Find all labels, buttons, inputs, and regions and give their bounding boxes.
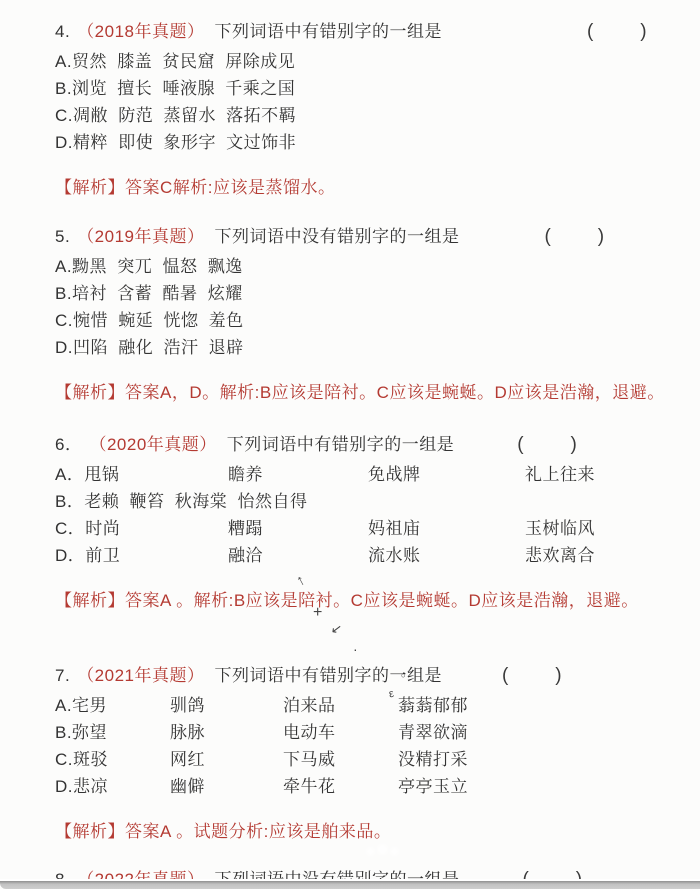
- option-c: C.凋敝 防范 蒸留水 落拓不羁: [55, 102, 670, 129]
- analysis-text: 【解析】答案A 。试题分析:应该是舶来品。: [55, 818, 670, 845]
- question-number: 5.: [55, 223, 70, 251]
- document-content: 4. （2018年真题） 下列词语中有错别字的一组是 () A.贸然 膝盖 贫民…: [0, 0, 700, 889]
- question-stem: 下列词语中有错别字的一组是: [227, 431, 455, 459]
- option-cell: 脉脉: [170, 719, 283, 746]
- page-bottom-edge: [0, 881, 700, 889]
- answer-parens: (): [587, 18, 647, 46]
- option-cell: 下马威: [283, 746, 398, 773]
- option-cell: 青翠欲滴: [398, 719, 670, 746]
- question-5-title: 5. （2019年真题） 下列词语中没有错别字的一组是 (): [55, 223, 670, 251]
- question-stem: 下列词语中没有错别字的一组是: [215, 223, 460, 251]
- option-a: A.宅男 驯鸽 泊来品 蓊蓊郁郁: [55, 692, 670, 719]
- question-6: 6． （2020年真题） 下列词语中有错别字的一组是 () A．甩锅 瞻养 免战…: [55, 431, 670, 614]
- year-tag: （2018年真题）: [77, 18, 204, 46]
- question-6-options: A．甩锅 瞻养 免战牌 礼上往来 B．老赖 鞭笞 秋海棠 怡然自得 C．时尚 糟…: [55, 461, 670, 569]
- question-7-options: A.宅男 驯鸽 泊来品 蓊蓊郁郁 B.弥望 脉脉 电动车 青翠欲滴 C.斑驳 网…: [55, 692, 670, 800]
- question-5-options: A.黝黑 突兀 愠怒 飘逸 B.培衬 含蓄 酷暑 炫耀 C.惋惜 蜿延 恍惚 羞…: [55, 253, 670, 361]
- answer-parens: (): [502, 662, 562, 690]
- question-number: 7.: [55, 662, 70, 690]
- question-number: 4.: [55, 18, 70, 46]
- analysis-text: 【解析】答案A，D。解析:B应该是陪衬。C应该是蜿蜒。D应该是浩瀚，退避。: [55, 379, 670, 406]
- option-cell: 亭亭玉立: [398, 773, 670, 800]
- option-cell: A.宅男: [55, 692, 170, 719]
- answer-parens: (): [517, 431, 577, 459]
- option-a: A．甩锅 瞻养 免战牌 礼上往来: [55, 461, 670, 488]
- option-c: C.斑驳 网红 下马威 没精打采: [55, 746, 670, 773]
- question-4: 4. （2018年真题） 下列词语中有错别字的一组是 () A.贸然 膝盖 贫民…: [55, 18, 670, 201]
- option-cell: D．前卫: [55, 542, 228, 569]
- question-7: 7. （2021年真题） 下列词语中有错别字的一组是 () A.宅男 驯鸽 泊来…: [55, 662, 670, 845]
- paren-close: ): [640, 18, 647, 46]
- paren-open: (: [545, 223, 552, 251]
- option-cell: 没精打采: [398, 746, 670, 773]
- option-a: A.黝黑 突兀 愠怒 飘逸: [55, 253, 670, 280]
- paren-open: (: [502, 662, 509, 690]
- question-stem: 下列词语中有错别字的一组是: [215, 662, 443, 690]
- option-cell: 流水账: [368, 542, 525, 569]
- option-cell: D.悲凉: [55, 773, 170, 800]
- question-number: 6．: [55, 431, 82, 459]
- question-stem: 下列词语中有错别字的一组是: [215, 18, 443, 46]
- option-c: C．时尚 糟蹋 妈祖庙 玉树临风: [55, 515, 670, 542]
- option-cell: 玉树临风: [525, 515, 670, 542]
- option-d: D．前卫 融洽 流水账 悲欢离合: [55, 542, 670, 569]
- option-cell: 泊来品: [283, 692, 398, 719]
- question-4-title: 4. （2018年真题） 下列词语中有错别字的一组是 (): [55, 18, 670, 46]
- option-cell: 瞻养: [228, 461, 368, 488]
- year-tag: （2020年真题）: [89, 431, 216, 459]
- paren-close: ): [555, 662, 562, 690]
- analysis-text: 【解析】答案C解析:应该是蒸馏水。: [55, 174, 670, 201]
- option-cell: 妈祖庙: [368, 515, 525, 542]
- year-tag: （2021年真题）: [77, 662, 204, 690]
- option-b: B.培衬 含蓄 酷暑 炫耀: [55, 280, 670, 307]
- option-d: D.悲凉 幽僻 牵牛花 亭亭玉立: [55, 773, 670, 800]
- question-6-title: 6． （2020年真题） 下列词语中有错别字的一组是 (): [55, 431, 670, 459]
- option-cell: 礼上往来: [525, 461, 670, 488]
- option-cell: C.斑驳: [55, 746, 170, 773]
- option-b: B.浏览 擅长 唾液腺 千乘之国: [55, 75, 670, 102]
- option-cell: 牵牛花: [283, 773, 398, 800]
- option-cell: C．时尚: [55, 515, 228, 542]
- year-tag: （2019年真题）: [77, 223, 204, 251]
- option-b: B.弥望 脉脉 电动车 青翠欲滴: [55, 719, 670, 746]
- exam-document-page: 4. （2018年真题） 下列词语中有错别字的一组是 () A.贸然 膝盖 贫民…: [0, 0, 700, 889]
- paren-open: (: [587, 18, 594, 46]
- question-4-options: A.贸然 膝盖 贫民窟 屏除成见 B.浏览 擅长 唾液腺 千乘之国 C.凋敝 防…: [55, 48, 670, 156]
- option-cell: 网红: [170, 746, 283, 773]
- option-a: A.贸然 膝盖 贫民窟 屏除成见: [55, 48, 670, 75]
- option-cell: 蓊蓊郁郁: [398, 692, 670, 719]
- option-cell: 悲欢离合: [525, 542, 670, 569]
- option-cell: 驯鸽: [170, 692, 283, 719]
- option-cell: 融洽: [228, 542, 368, 569]
- option-cell: 糟蹋: [228, 515, 368, 542]
- answer-parens: (): [545, 223, 605, 251]
- option-cell: 电动车: [283, 719, 398, 746]
- question-5: 5. （2019年真题） 下列词语中没有错别字的一组是 () A.黝黑 突兀 愠…: [55, 223, 670, 406]
- option-cell: 免战牌: [368, 461, 525, 488]
- option-cell: A．甩锅: [55, 461, 228, 488]
- analysis-text: 【解析】答案A 。解析:B应该是陪衬。C应该是蜿蜒。D应该是浩瀚，退避。: [55, 587, 670, 614]
- option-b: B．老赖 鞭笞 秋海棠 怡然自得: [55, 488, 670, 515]
- option-d: D.凹陷 融化 浩汗 退辟: [55, 334, 670, 361]
- option-cell: 幽僻: [170, 773, 283, 800]
- option-c: C.惋惜 蜿延 恍惚 羞色: [55, 307, 670, 334]
- option-d: D.精粹 即使 象形字 文过饰非: [55, 129, 670, 156]
- paren-close: ): [598, 223, 605, 251]
- paren-open: (: [517, 431, 524, 459]
- question-7-title: 7. （2021年真题） 下列词语中有错别字的一组是 (): [55, 662, 670, 690]
- paren-close: ): [570, 431, 577, 459]
- option-cell: B.弥望: [55, 719, 170, 746]
